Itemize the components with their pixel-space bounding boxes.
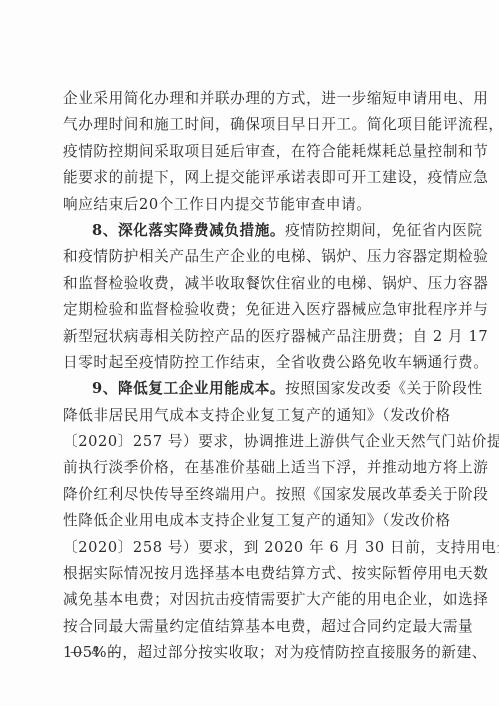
text-span: 按照国家发改委《关于阶段性 [285, 380, 483, 397]
text-line: 疫情防控期间采取项目延后审查，在符合能耗煤耗总量控制和节 [63, 139, 435, 165]
item-9-heading: 9、降低复工企业用能成本。 [92, 380, 285, 397]
text-line: 响应结束后20个工作日内提交节能审查申请。 [63, 192, 435, 218]
page-number: — 4 — [70, 645, 123, 660]
item-9-first-line: 9、降低复工企业用能成本。按照国家发改委《关于阶段性 [63, 376, 435, 402]
item-8-heading: 8、深化落实降费减负措施。 [92, 222, 285, 239]
text-line: 性降低企业用电成本支持企业复工复产的通知》（发改价格 [63, 508, 435, 534]
text-span: 疫情防控期间，免征省内医院 [285, 222, 483, 239]
text-line: 根据实际情况按月选择基本电费结算方式、按实际暂停用电天数 [63, 561, 435, 587]
text-line: 降低非居民用气成本支持企业复工复产的通知》（发改价格 [63, 403, 435, 429]
text-line: 日零时起至疫情防控工作结束，全省收费公路免收车辆通行费。 [63, 350, 435, 376]
text-line: 和监督检验收费，减半收取餐饮住宿业的电梯、锅炉、压力容器 [63, 271, 435, 297]
text-line: 能要求的前提下，网上提交能评承诺表即可开工建设，疫情应急 [63, 165, 435, 191]
document-body: 企业采用简化办理和并联办理的方式，进一步缩短申请用电、用 气办理时间和施工时间，… [63, 86, 435, 667]
text-line: 减免基本电费；对因抗击疫情需要扩大产能的用电企业，如选择 [63, 587, 435, 613]
text-line: 企业采用简化办理和并联办理的方式，进一步缩短申请用电、用 [63, 86, 435, 112]
text-line: 新型冠状病毒相关防控产品的医疗器械产品注册费；自 2 月 17 [63, 324, 435, 350]
text-line: 〔2020〕258 号）要求，到 2020 年 6 月 30 日前，支持用电企业 [63, 535, 435, 561]
text-line: 按合同最大需量约定值结算基本电费，超过合同约定最大需量 [63, 614, 435, 640]
text-line: 和疫情防护相关产品生产企业的电梯、锅炉、压力容器定期检验 [63, 244, 435, 270]
text-line: 〔2020〕257 号）要求，协调推进上游供气企业天然气门站价提 [63, 429, 435, 455]
text-line: 定期检验和监督检验收费；免征进入医疗器械应急审批程序并与 [63, 297, 435, 323]
document-page: 企业采用简化办理和并联办理的方式，进一步缩短申请用电、用 气办理时间和施工时间，… [0, 0, 499, 706]
text-line: 降价红利尽快传导至终端用户。按照《国家发展改革委关于阶段 [63, 482, 435, 508]
item-8-first-line: 8、深化落实降费减负措施。疫情防控期间，免征省内医院 [63, 218, 435, 244]
text-line: 气办理时间和施工时间，确保项目早日开工。简化项目能评流程， [63, 112, 435, 138]
text-line: 前执行淡季价格，在基准价基础上适当下浮，并推动地方将上游 [63, 455, 435, 481]
